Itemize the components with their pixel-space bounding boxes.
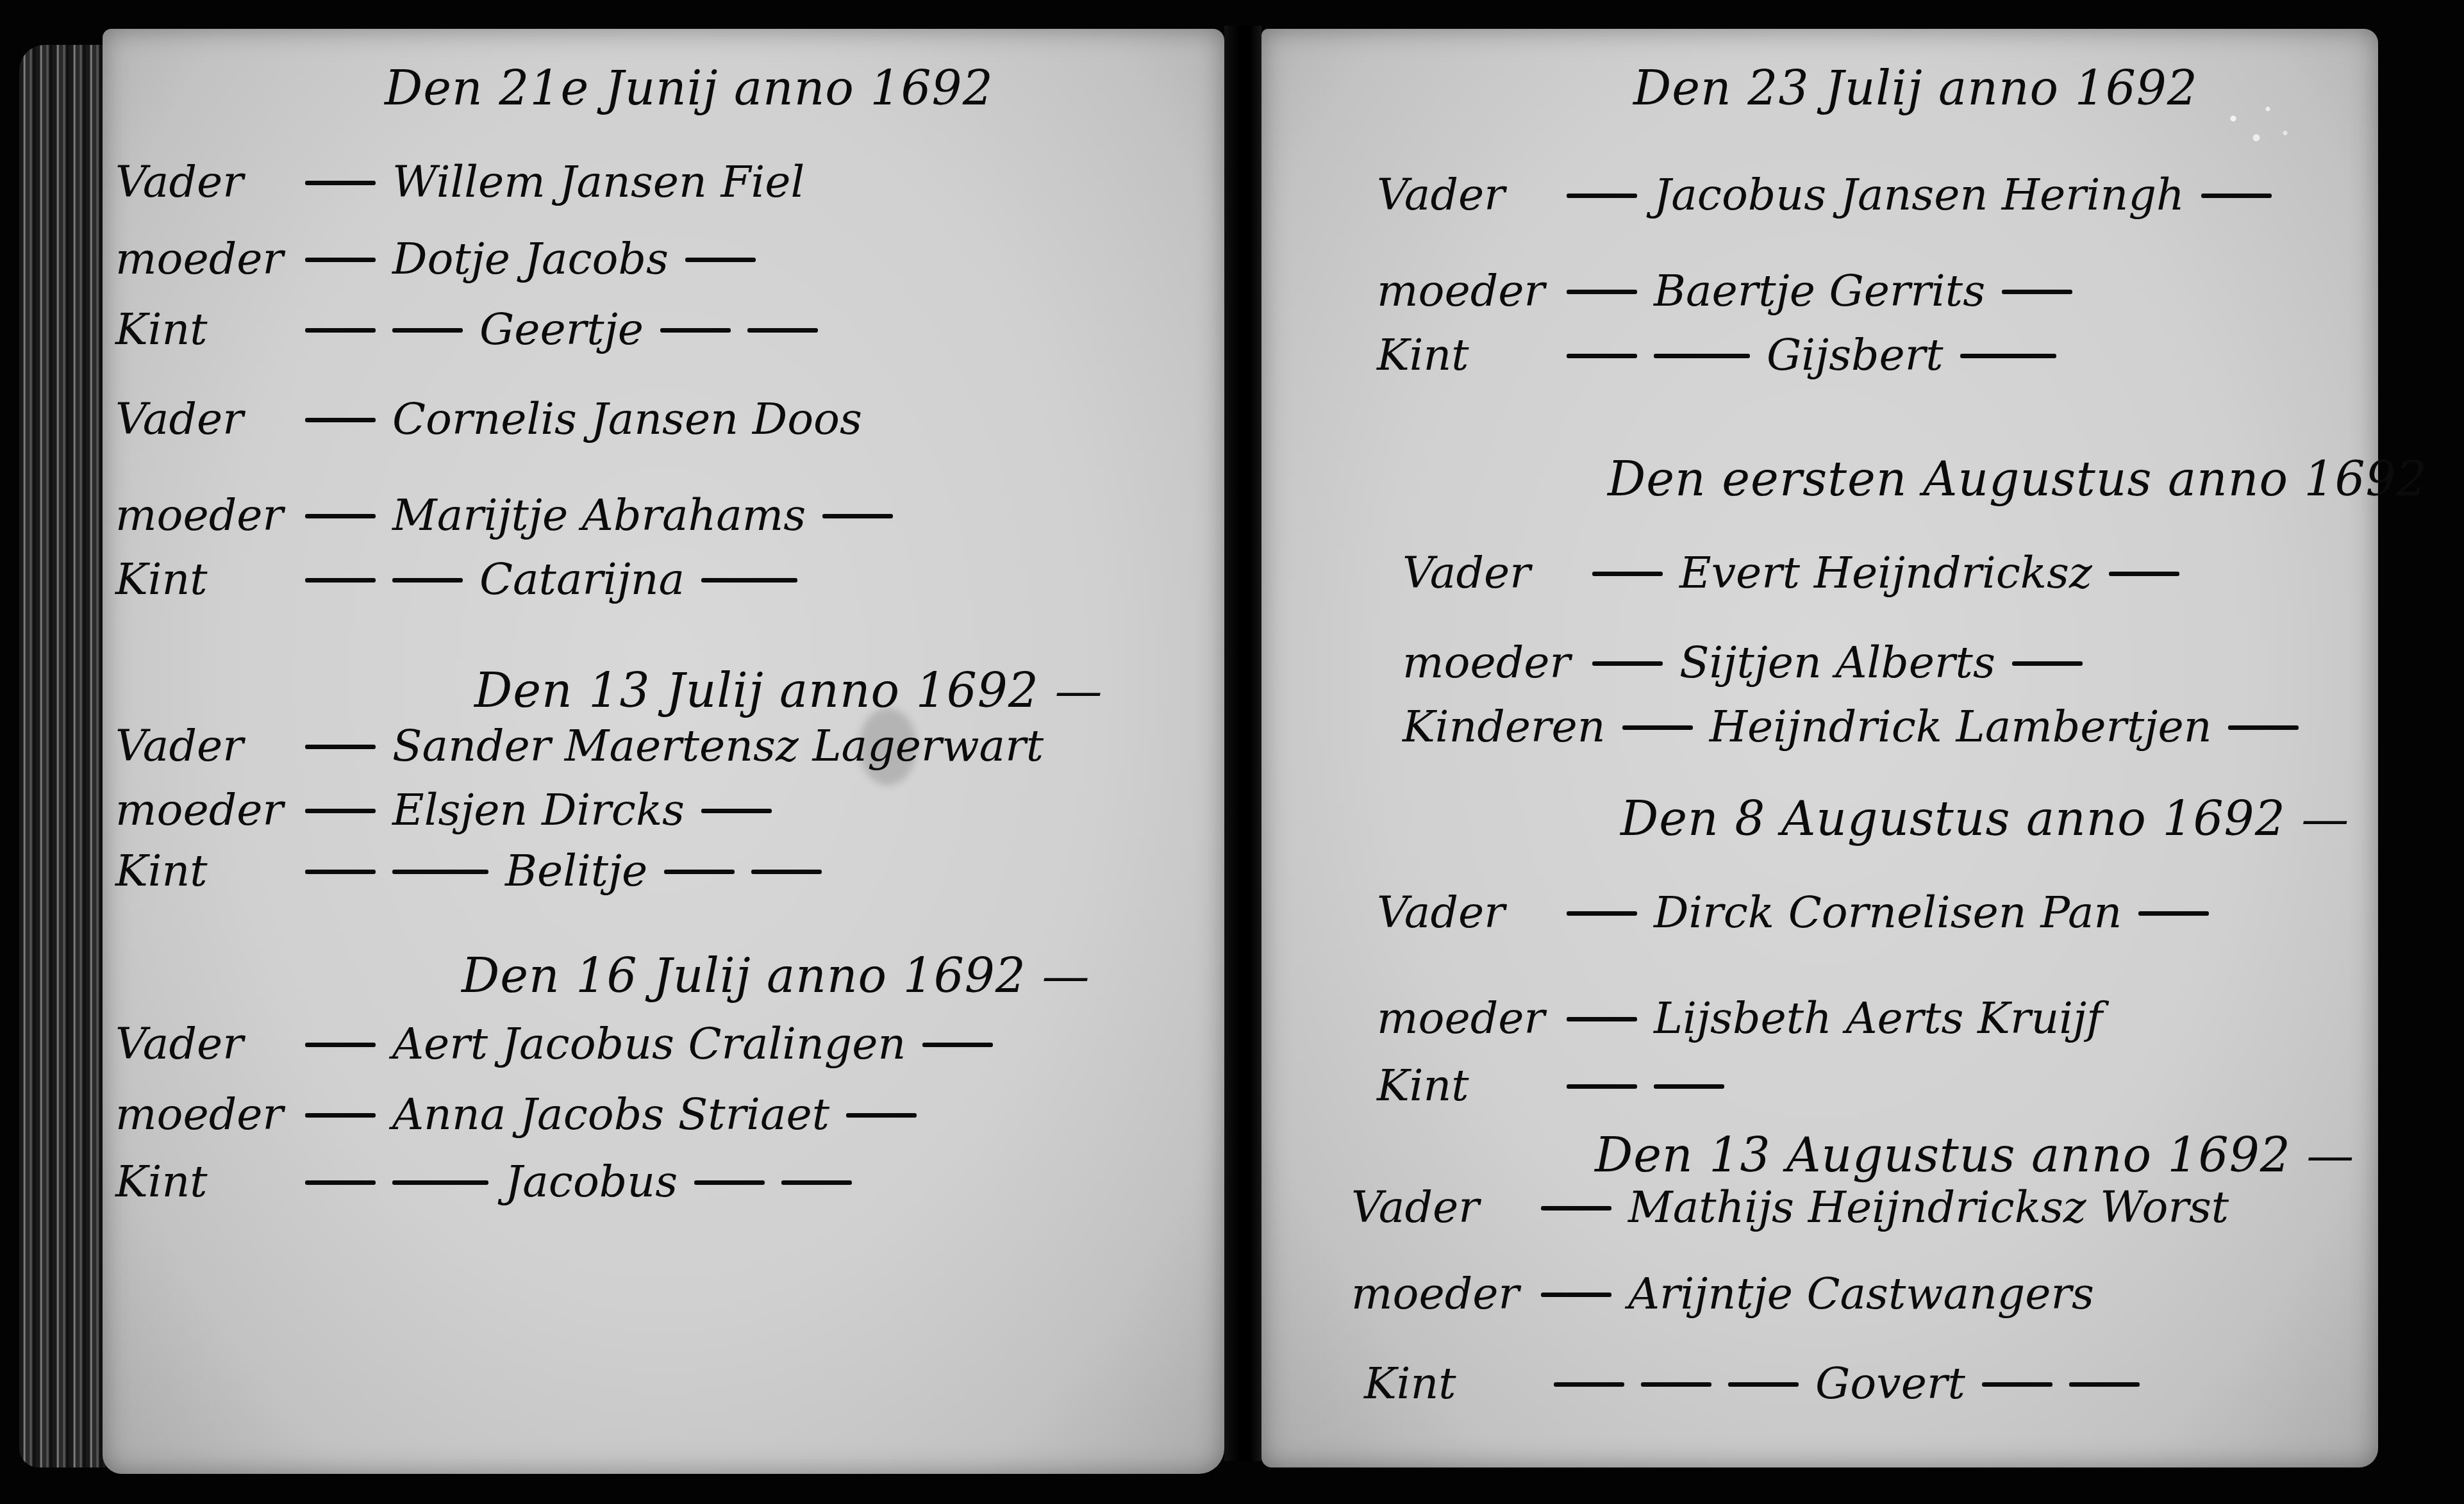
child-name: Gijsbert xyxy=(1767,330,1944,381)
dash-separator xyxy=(305,1180,376,1185)
dash-separator xyxy=(1654,1084,1724,1089)
dash-separator xyxy=(781,1180,852,1185)
dash-separator xyxy=(2109,572,2179,576)
dash-separator xyxy=(2138,911,2209,916)
dash-separator xyxy=(701,578,797,583)
mother-line: moeder Dotje Jacobs xyxy=(115,234,756,285)
child-name: Catarijna xyxy=(479,554,685,605)
father-line: Vader Cornelis Jansen Doos xyxy=(115,394,862,445)
stacked-page-edges xyxy=(19,45,106,1467)
dash-separator xyxy=(701,809,772,813)
dash-separator xyxy=(846,1113,917,1118)
dash-separator xyxy=(1554,1382,1624,1387)
dash-separator xyxy=(305,514,376,518)
paper-damage-speckle xyxy=(2199,80,2314,176)
dash-separator xyxy=(747,328,818,333)
dash-separator xyxy=(305,809,376,813)
dash-separator xyxy=(1728,1382,1799,1387)
role-label: Vader xyxy=(115,1019,288,1070)
mother-line: moeder Lijsbeth Aerts Kruijf xyxy=(1377,993,2102,1044)
role-label: moeder xyxy=(115,1089,288,1140)
role-label: Vader xyxy=(1377,888,1550,938)
dash-separator xyxy=(1982,1382,2052,1387)
mother-name: Arijntje Castwangers xyxy=(1628,1269,2094,1319)
father-line: Vader Mathijs Heijndricksz Worst xyxy=(1351,1182,2229,1233)
father-line: Vader Sander Maertensz Lagerwart xyxy=(115,721,1044,772)
entry-date: Den 8 Augustus anno 1692 — xyxy=(1620,791,2349,847)
mother-line: moeder Baertje Gerrits xyxy=(1377,266,2072,317)
child-line: Kint Gijsbert xyxy=(1377,330,2056,381)
father-line: Vader Dirck Cornelisen Pan xyxy=(1377,888,2209,938)
role-label: moeder xyxy=(1403,638,1576,688)
dash-separator xyxy=(1622,725,1693,730)
father-name: Evert Heijndricksz xyxy=(1679,548,2092,599)
child-line: Kint Jacobus xyxy=(115,1157,852,1207)
child-line: Kint Geertje xyxy=(115,304,818,355)
children-names: Heijndrick Lambertjen xyxy=(1710,702,2212,752)
dash-separator xyxy=(305,328,376,333)
dash-separator xyxy=(1567,1017,1637,1021)
child-name: Geertje xyxy=(479,304,644,355)
role-label: Kint xyxy=(1377,1061,1550,1111)
dash-separator xyxy=(1960,354,2056,358)
dash-separator xyxy=(822,514,893,518)
role-label: moeder xyxy=(115,234,288,285)
mother-line: moeder Sijtjen Alberts xyxy=(1403,638,2083,688)
role-label: moeder xyxy=(1377,993,1550,1044)
dash-separator xyxy=(1567,1084,1637,1089)
father-line: Vader Aert Jacobus Cralingen xyxy=(115,1019,993,1070)
dash-separator xyxy=(1592,661,1663,666)
dash-separator xyxy=(1567,194,1637,198)
dash-separator xyxy=(2002,290,2072,294)
father-line: Vader Jacobus Jansen Heringh xyxy=(1377,170,2272,220)
dash-separator xyxy=(664,870,735,874)
role-label: Kint xyxy=(115,554,288,605)
dash-separator xyxy=(392,578,463,583)
dash-separator xyxy=(1567,354,1637,358)
role-label: Kint xyxy=(1364,1359,1537,1409)
father-name: Dirck Cornelisen Pan xyxy=(1654,888,2122,938)
dash-separator xyxy=(1567,911,1637,916)
role-label: Vader xyxy=(1351,1182,1524,1233)
dash-separator xyxy=(1641,1382,1711,1387)
father-name: Jacobus Jansen Heringh xyxy=(1654,170,2185,220)
dash-separator xyxy=(1567,290,1637,294)
role-label: Kint xyxy=(115,846,288,897)
father-name: Aert Jacobus Cralingen xyxy=(392,1019,906,1070)
role-label: Vader xyxy=(115,721,288,772)
role-label: moeder xyxy=(115,490,288,541)
mother-name: Sijtjen Alberts xyxy=(1679,638,1995,688)
dash-separator xyxy=(305,578,376,583)
role-label: Kint xyxy=(1377,330,1550,381)
left-page: Den 21e Junij anno 1692 Vader Willem Jan… xyxy=(103,29,1224,1474)
child-name: Jacobus xyxy=(505,1157,678,1207)
dash-separator xyxy=(392,870,488,874)
role-label: Vader xyxy=(1377,170,1550,220)
dash-separator xyxy=(660,328,731,333)
father-name: Willem Jansen Fiel xyxy=(392,157,804,208)
father-line: Vader Willem Jansen Fiel xyxy=(115,157,804,208)
mother-name: Baertje Gerrits xyxy=(1654,266,1985,317)
mother-line: moeder Anna Jacobs Striaet xyxy=(115,1089,917,1140)
child-line: Kint xyxy=(1377,1061,1741,1111)
mother-name: Marijtje Abrahams xyxy=(392,490,806,541)
dash-separator xyxy=(305,181,376,185)
dash-separator xyxy=(1654,354,1750,358)
role-label: moeder xyxy=(1377,266,1550,317)
mother-name: Dotje Jacobs xyxy=(392,234,669,285)
scanned-book-spread: Den 21e Junij anno 1692 Vader Willem Jan… xyxy=(0,0,2464,1504)
dash-separator xyxy=(922,1043,993,1047)
role-label: Vader xyxy=(115,157,288,208)
entry-date: Den 16 Julij anno 1692 — xyxy=(462,948,1090,1004)
dash-separator xyxy=(392,328,463,333)
dash-separator xyxy=(305,258,376,262)
dash-separator xyxy=(685,258,756,262)
dash-separator xyxy=(305,870,376,874)
mother-line: moeder Marijtje Abrahams xyxy=(115,490,893,541)
dash-separator xyxy=(2228,725,2299,730)
dash-separator xyxy=(305,1043,376,1047)
role-label: Kint xyxy=(115,304,288,355)
entry-date: Den 23 Julij anno 1692 xyxy=(1633,61,2198,116)
entry-date: Den 21e Junij anno 1692 xyxy=(385,61,994,116)
mother-line: moeder Arijntje Castwangers xyxy=(1351,1269,2094,1319)
child-line: Kint Govert xyxy=(1364,1359,2140,1409)
mother-line: moeder Elsjen Dircks xyxy=(115,785,772,836)
father-name: Cornelis Jansen Doos xyxy=(392,394,862,445)
book-spine-gutter xyxy=(1224,26,1261,1461)
father-name: Mathijs Heijndricksz Worst xyxy=(1628,1182,2229,1233)
dash-separator xyxy=(305,1113,376,1118)
dash-separator xyxy=(751,870,822,874)
father-line: Vader Evert Heijndricksz xyxy=(1403,548,2179,599)
role-label: moeder xyxy=(115,785,288,836)
role-label: Vader xyxy=(1403,548,1576,599)
dash-separator xyxy=(392,1180,488,1185)
role-label: moeder xyxy=(1351,1269,1524,1319)
mother-name: Lijsbeth Aerts Kruijf xyxy=(1654,993,2102,1044)
entry-date: Den eersten Augustus anno 1692 xyxy=(1608,452,2427,507)
mother-name: Anna Jacobs Striaet xyxy=(392,1089,829,1140)
dash-separator xyxy=(2012,661,2083,666)
role-label: Kint xyxy=(115,1157,288,1207)
dash-separator xyxy=(305,418,376,422)
children-line: Kinderen Heijndrick Lambertjen xyxy=(1403,702,2299,752)
right-page: Den 23 Julij anno 1692 Vader Jacobus Jan… xyxy=(1261,29,2378,1467)
dash-separator xyxy=(2201,194,2272,198)
mother-name: Elsjen Dircks xyxy=(392,785,685,836)
child-name: Govert xyxy=(1815,1359,1965,1409)
role-label: Vader xyxy=(115,394,288,445)
role-label: Kinderen xyxy=(1403,702,1606,752)
dash-separator xyxy=(1541,1206,1611,1211)
child-line: Kint Catarijna xyxy=(115,554,797,605)
entry-date: Den 13 Augustus anno 1692 — xyxy=(1595,1128,2354,1183)
child-name: Belitje xyxy=(505,846,647,897)
dash-separator xyxy=(694,1180,765,1185)
entry-date: Den 13 Julij anno 1692 — xyxy=(474,663,1103,718)
dash-separator xyxy=(305,745,376,749)
child-line: Kint Belitje xyxy=(115,846,822,897)
father-name: Sander Maertensz Lagerwart xyxy=(392,721,1044,772)
dash-separator xyxy=(1541,1293,1611,1297)
dash-separator xyxy=(2069,1382,2140,1387)
dash-separator xyxy=(1592,572,1663,576)
